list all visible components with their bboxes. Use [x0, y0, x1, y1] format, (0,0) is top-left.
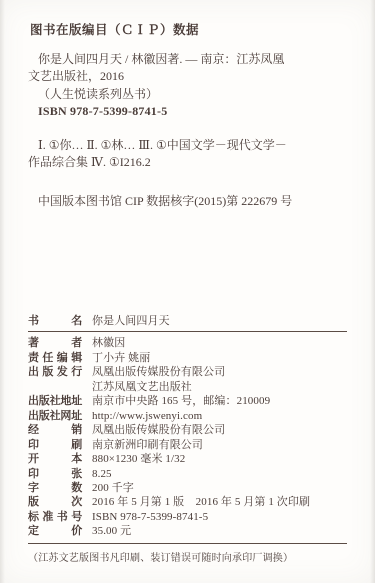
row-value: 凤凰出版传媒股份有限公司: [92, 423, 225, 437]
row-label: 著者: [28, 336, 82, 350]
cip-isbn-line: ISBN 978-7-5399-8741-5: [28, 103, 355, 120]
row-label: 字数: [28, 481, 82, 495]
row-value: 丁小卉 姚丽: [92, 351, 150, 365]
table-row-publisher-address: 出版社地址 南京市中央路 165 号，邮编：210009: [28, 394, 347, 408]
cip-bibliography-block: 你是人间四月天 / 林徽因著. — 南京：江苏凤凰 文艺出版社，2016 （人生…: [28, 51, 355, 120]
row-label: 书名: [28, 314, 82, 328]
row-value: 南京市中央路 165 号，邮编：210009: [92, 394, 270, 408]
row-label: 开本: [28, 452, 82, 466]
cip-series-line: （人生悦读系列丛书）: [28, 86, 355, 103]
table-row-author: 著者 林徽因: [28, 336, 347, 350]
table-row-word-count: 字数 200 千字: [28, 481, 347, 495]
cip-title-line: 你是人间四月天 / 林徽因著. — 南京：江苏凤凰: [28, 51, 355, 68]
row-label: 印张: [28, 467, 82, 481]
row-value: 南京新洲印刷有限公司: [92, 438, 203, 452]
classification-line-1: Ⅰ. ①你… Ⅱ. ①林… Ⅲ. ①中国文学－现代文学－: [28, 137, 359, 154]
row-label: 出版发行: [28, 365, 82, 379]
table-row-publisher: 出版发行 凤凰出版传媒股份有限公司 江苏凤凰文艺出版社: [28, 365, 347, 394]
book-copyright-page: 图书在版编目（ＣＩＰ）数据 你是人间四月天 / 林徽因著. — 南京：江苏凤凰 …: [0, 0, 375, 583]
row-value: 8.25: [92, 467, 112, 481]
cip-classification-block: Ⅰ. ①你… Ⅱ. ①林… Ⅲ. ①中国文学－现代文学－ 作品综合集 Ⅳ. ①I…: [28, 137, 359, 172]
table-row-isbn: 标准书号 ISBN 978-7-5399-8741-5: [28, 510, 347, 524]
row-label: 定价: [28, 524, 82, 538]
row-value: 凤凰出版传媒股份有限公司 江苏凤凰文艺出版社: [92, 365, 225, 394]
row-label: 经销: [28, 423, 82, 437]
cip-publisher-line: 文艺出版社，2016: [28, 68, 355, 85]
table-row-publisher-website: 出版社网址 http://www.jswenyi.com: [28, 409, 347, 423]
page-edge-shadow-right: [370, 0, 375, 583]
row-value: ISBN 978-7-5399-8741-5: [92, 510, 208, 524]
publication-info-table: 书名 你是人间四月天 著者 林徽因 责任编辑 丁小卉 姚丽 出版发行 凤凰出版传…: [28, 314, 347, 548]
row-label: 出版社地址: [28, 394, 82, 408]
divider-under-price: [28, 543, 347, 544]
row-label: 责任编辑: [28, 351, 82, 365]
divider-under-title: [28, 331, 347, 332]
table-row-edition: 版次 2016 年 5 月第 1 版 2016 年 5 月第 1 次印刷: [28, 495, 347, 509]
cip-record-number: 中国版本图书馆 CIP 数据核字(2015)第 222679 号: [38, 192, 292, 209]
table-row-format: 开本 880×1230 毫米 1/32: [28, 452, 347, 466]
row-value: 你是人间四月天: [92, 314, 170, 328]
row-value: 200 千字: [92, 481, 134, 495]
table-row-sheets: 印张 8.25: [28, 467, 347, 481]
row-label: 版次: [28, 495, 82, 509]
table-row-distributor: 经销 凤凰出版传媒股份有限公司: [28, 423, 347, 437]
row-value: 林徽因: [92, 336, 125, 350]
table-row-printer: 印刷 南京新洲印刷有限公司: [28, 438, 347, 452]
table-row-editor: 责任编辑 丁小卉 姚丽: [28, 351, 347, 365]
row-value: 35.00 元: [92, 524, 131, 538]
page-edge-shadow-left: [0, 0, 5, 583]
table-row-price: 定价 35.00 元: [28, 524, 347, 538]
cip-header: 图书在版编目（ＣＩＰ）数据: [30, 20, 199, 38]
footer-exchange-note: （江苏文艺版图书凡印刷、装订错误可随时向承印厂调换）: [28, 549, 293, 564]
row-value: 880×1230 毫米 1/32: [92, 452, 185, 466]
row-value: 2016 年 5 月第 1 版 2016 年 5 月第 1 次印刷: [92, 495, 310, 509]
table-row-book-title: 书名 你是人间四月天: [28, 314, 347, 328]
classification-line-2: 作品综合集 Ⅳ. ①I216.2: [28, 154, 359, 171]
row-label: 标准书号: [28, 510, 82, 524]
row-label: 出版社网址: [28, 409, 82, 423]
row-label: 印刷: [28, 438, 82, 452]
row-value: http://www.jswenyi.com: [92, 409, 202, 423]
